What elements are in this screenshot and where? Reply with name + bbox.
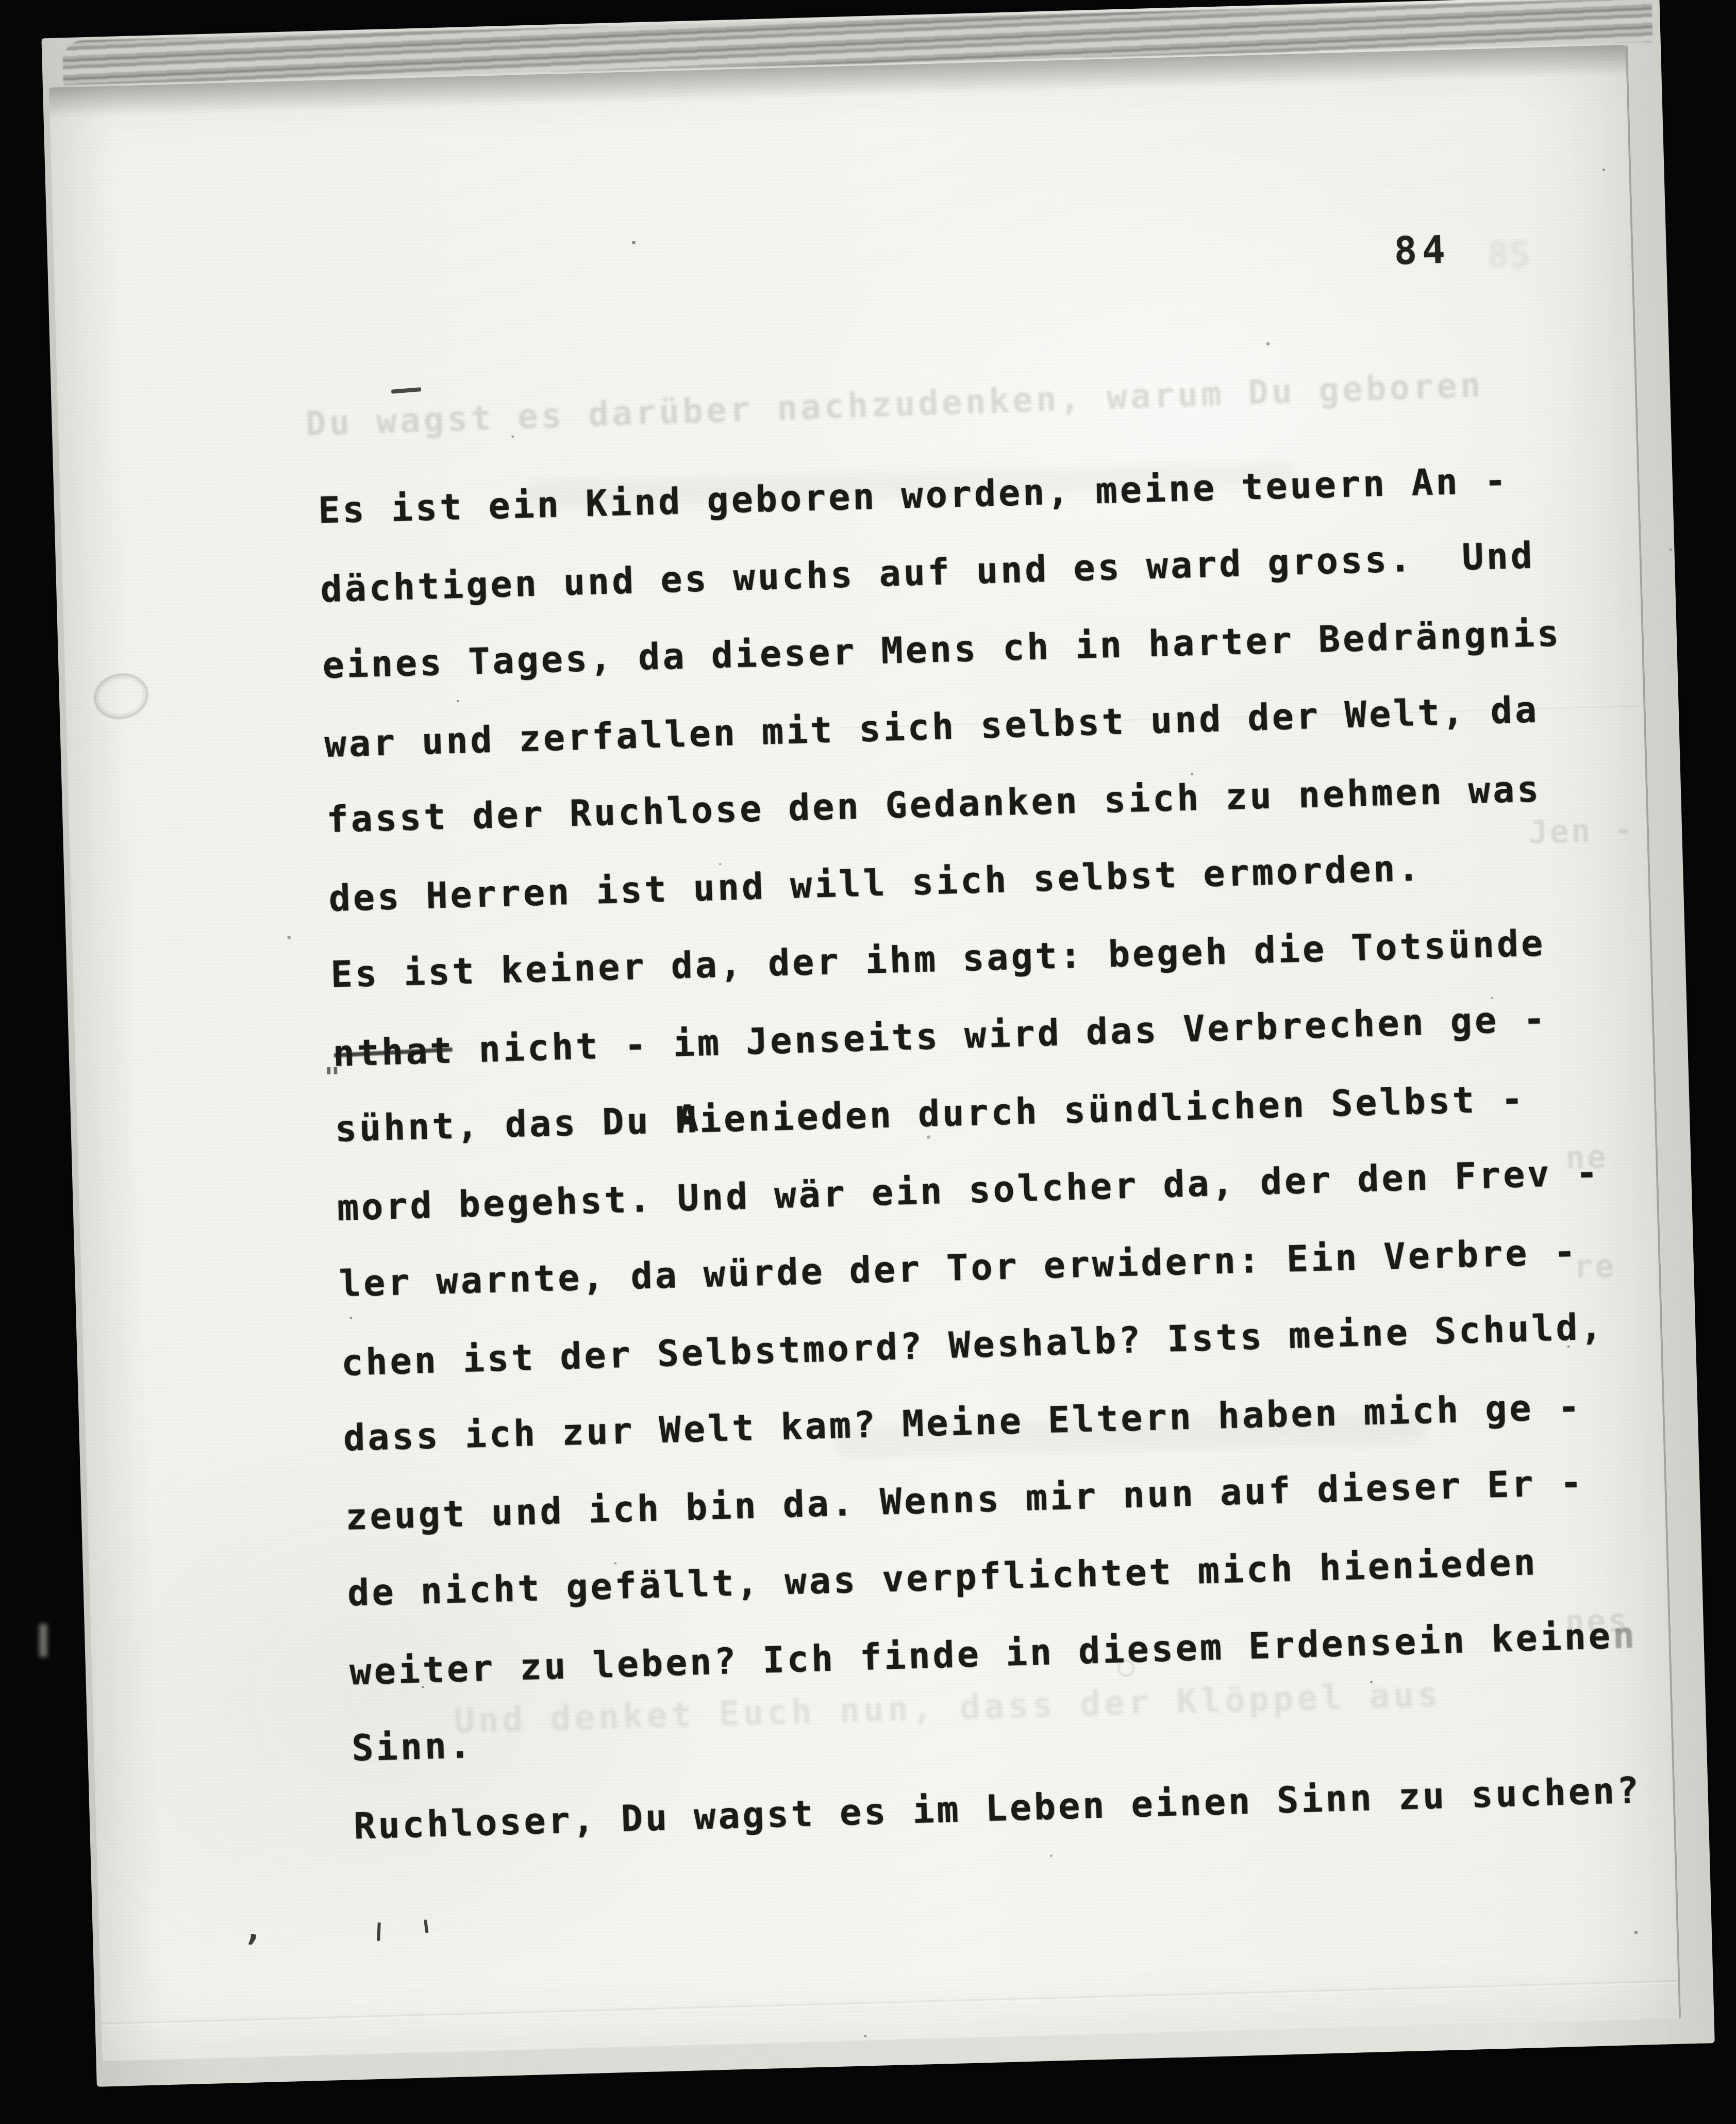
typewriter-line: dächtigen und es wuchs auf und es ward g…: [320, 534, 1535, 610]
typewriter-text-segment: ler warnte, da würde der Tor erwidern: E…: [339, 1231, 1579, 1305]
paper-sheet: 84 85 Du wagst es darüber nachzudenken, …: [49, 45, 1681, 2061]
overstruck-character: HA: [675, 1099, 700, 1141]
typewriter-text-segment: des Herren ist und will sich selbst ermo…: [328, 847, 1423, 920]
typewriter-line: zeugt und ich bin da. Wenns mir nun auf …: [345, 1461, 1585, 1538]
typewriter-text-segment: dächtigen und es wuchs auf und es ward g…: [320, 534, 1535, 610]
typewriter-line: dass ich zur Welt kam? Meine Eltern habe…: [343, 1386, 1583, 1459]
typewriter-line: Es ist keiner da, der ihm sagt: begeh di…: [330, 922, 1546, 995]
typewriter-line: mord begehst. Und wär ein solcher da, de…: [337, 1151, 1601, 1229]
stray-quote-mark: ": [324, 1062, 341, 1093]
typewriter-line: des Herren ist und will sich selbst ermo…: [328, 847, 1423, 920]
typewriter-text-segment: fasst der Ruchlose den Gedanken sich zu …: [326, 768, 1542, 841]
typewriter-text-segment: n: [1612, 1614, 1638, 1657]
typewriter-text-block: Es ist ein Kind geboren worden, meine te…: [49, 45, 1679, 2061]
typewriter-line: chen ist der Selbstmord? Weshalb? Ists m…: [341, 1305, 1605, 1384]
typewriter-text-segment: Sinn.: [351, 1724, 474, 1769]
typewriter-text-segment: ienieden durch sündlichen Selbst -: [699, 1077, 1526, 1141]
typewriter-line: ler warnte, da würde der Tor erwidern: E…: [339, 1231, 1579, 1305]
typewriter-text-segment: weiter zu leben? Ich finde in diesem Erd…: [349, 1615, 1613, 1694]
typewriter-line: Ruchloser, Du wagst es im Leben einen Si…: [353, 1769, 1642, 1847]
typewriter-line: weiter zu leben? Ich finde in diesem Erd…: [349, 1614, 1638, 1694]
edge-smudge: [39, 1624, 47, 1657]
typewriter-line: nthat nicht - im Jenseits wird das Verbr…: [332, 998, 1548, 1075]
dust-specks: [49, 88, 50, 89]
typewriter-text-segment: sühnt, das Du: [335, 1099, 676, 1150]
typewriter-line: sühnt, das Du HAienieden durch sündliche…: [335, 1077, 1526, 1150]
typewriter-line: fasst der Ruchlose den Gedanken sich zu …: [326, 768, 1542, 841]
typewriter-text-segment: zeugt und ich bin da. Wenns mir nun auf …: [345, 1461, 1585, 1538]
stray-comma-mark: ,: [242, 1910, 266, 1950]
typewriter-text-segment: war und zerfallen mit sich selbst und de…: [324, 688, 1540, 766]
typewriter-line: Sinn.: [351, 1724, 474, 1769]
typewriter-text-segment: nicht - im Jenseits wird das Verbrechen …: [454, 998, 1548, 1071]
typewriter-line: de nicht gefällt, was verpflichtet mich …: [347, 1541, 1538, 1614]
document-scan: 84 85 Du wagst es darüber nachzudenken, …: [0, 0, 1736, 2124]
typewriter-text-segment: Es ist ein Kind geboren worden, meine te…: [318, 459, 1509, 532]
typewriter-line: war und zerfallen mit sich selbst und de…: [324, 688, 1540, 766]
typewriter-text-segment: dass ich zur Welt kam? Meine Eltern habe…: [343, 1386, 1583, 1459]
typewriter-text-segment: de nicht gefällt, was verpflichtet mich …: [347, 1541, 1538, 1614]
typewriter-text-segment: chen ist der Selbstmord? Weshalb? Ists m…: [341, 1305, 1605, 1384]
typewriter-text-segment: nthat: [332, 1029, 455, 1075]
typewriter-line: eines Tages, da dieser Mens ch in harter…: [322, 612, 1562, 686]
typewriter-line: Es ist ein Kind geboren worden, meine te…: [318, 459, 1509, 532]
typewriter-text-segment: Ruchloser, Du wagst es im Leben einen Si…: [353, 1769, 1642, 1847]
typewriter-text-segment: eines Tages, da dieser Mens ch in harter…: [322, 612, 1562, 686]
typewriter-text-segment: Es ist keiner da, der ihm sagt: begeh di…: [330, 922, 1546, 995]
typewriter-text-segment: mord begehst. Und wär ein solcher da, de…: [337, 1151, 1601, 1229]
